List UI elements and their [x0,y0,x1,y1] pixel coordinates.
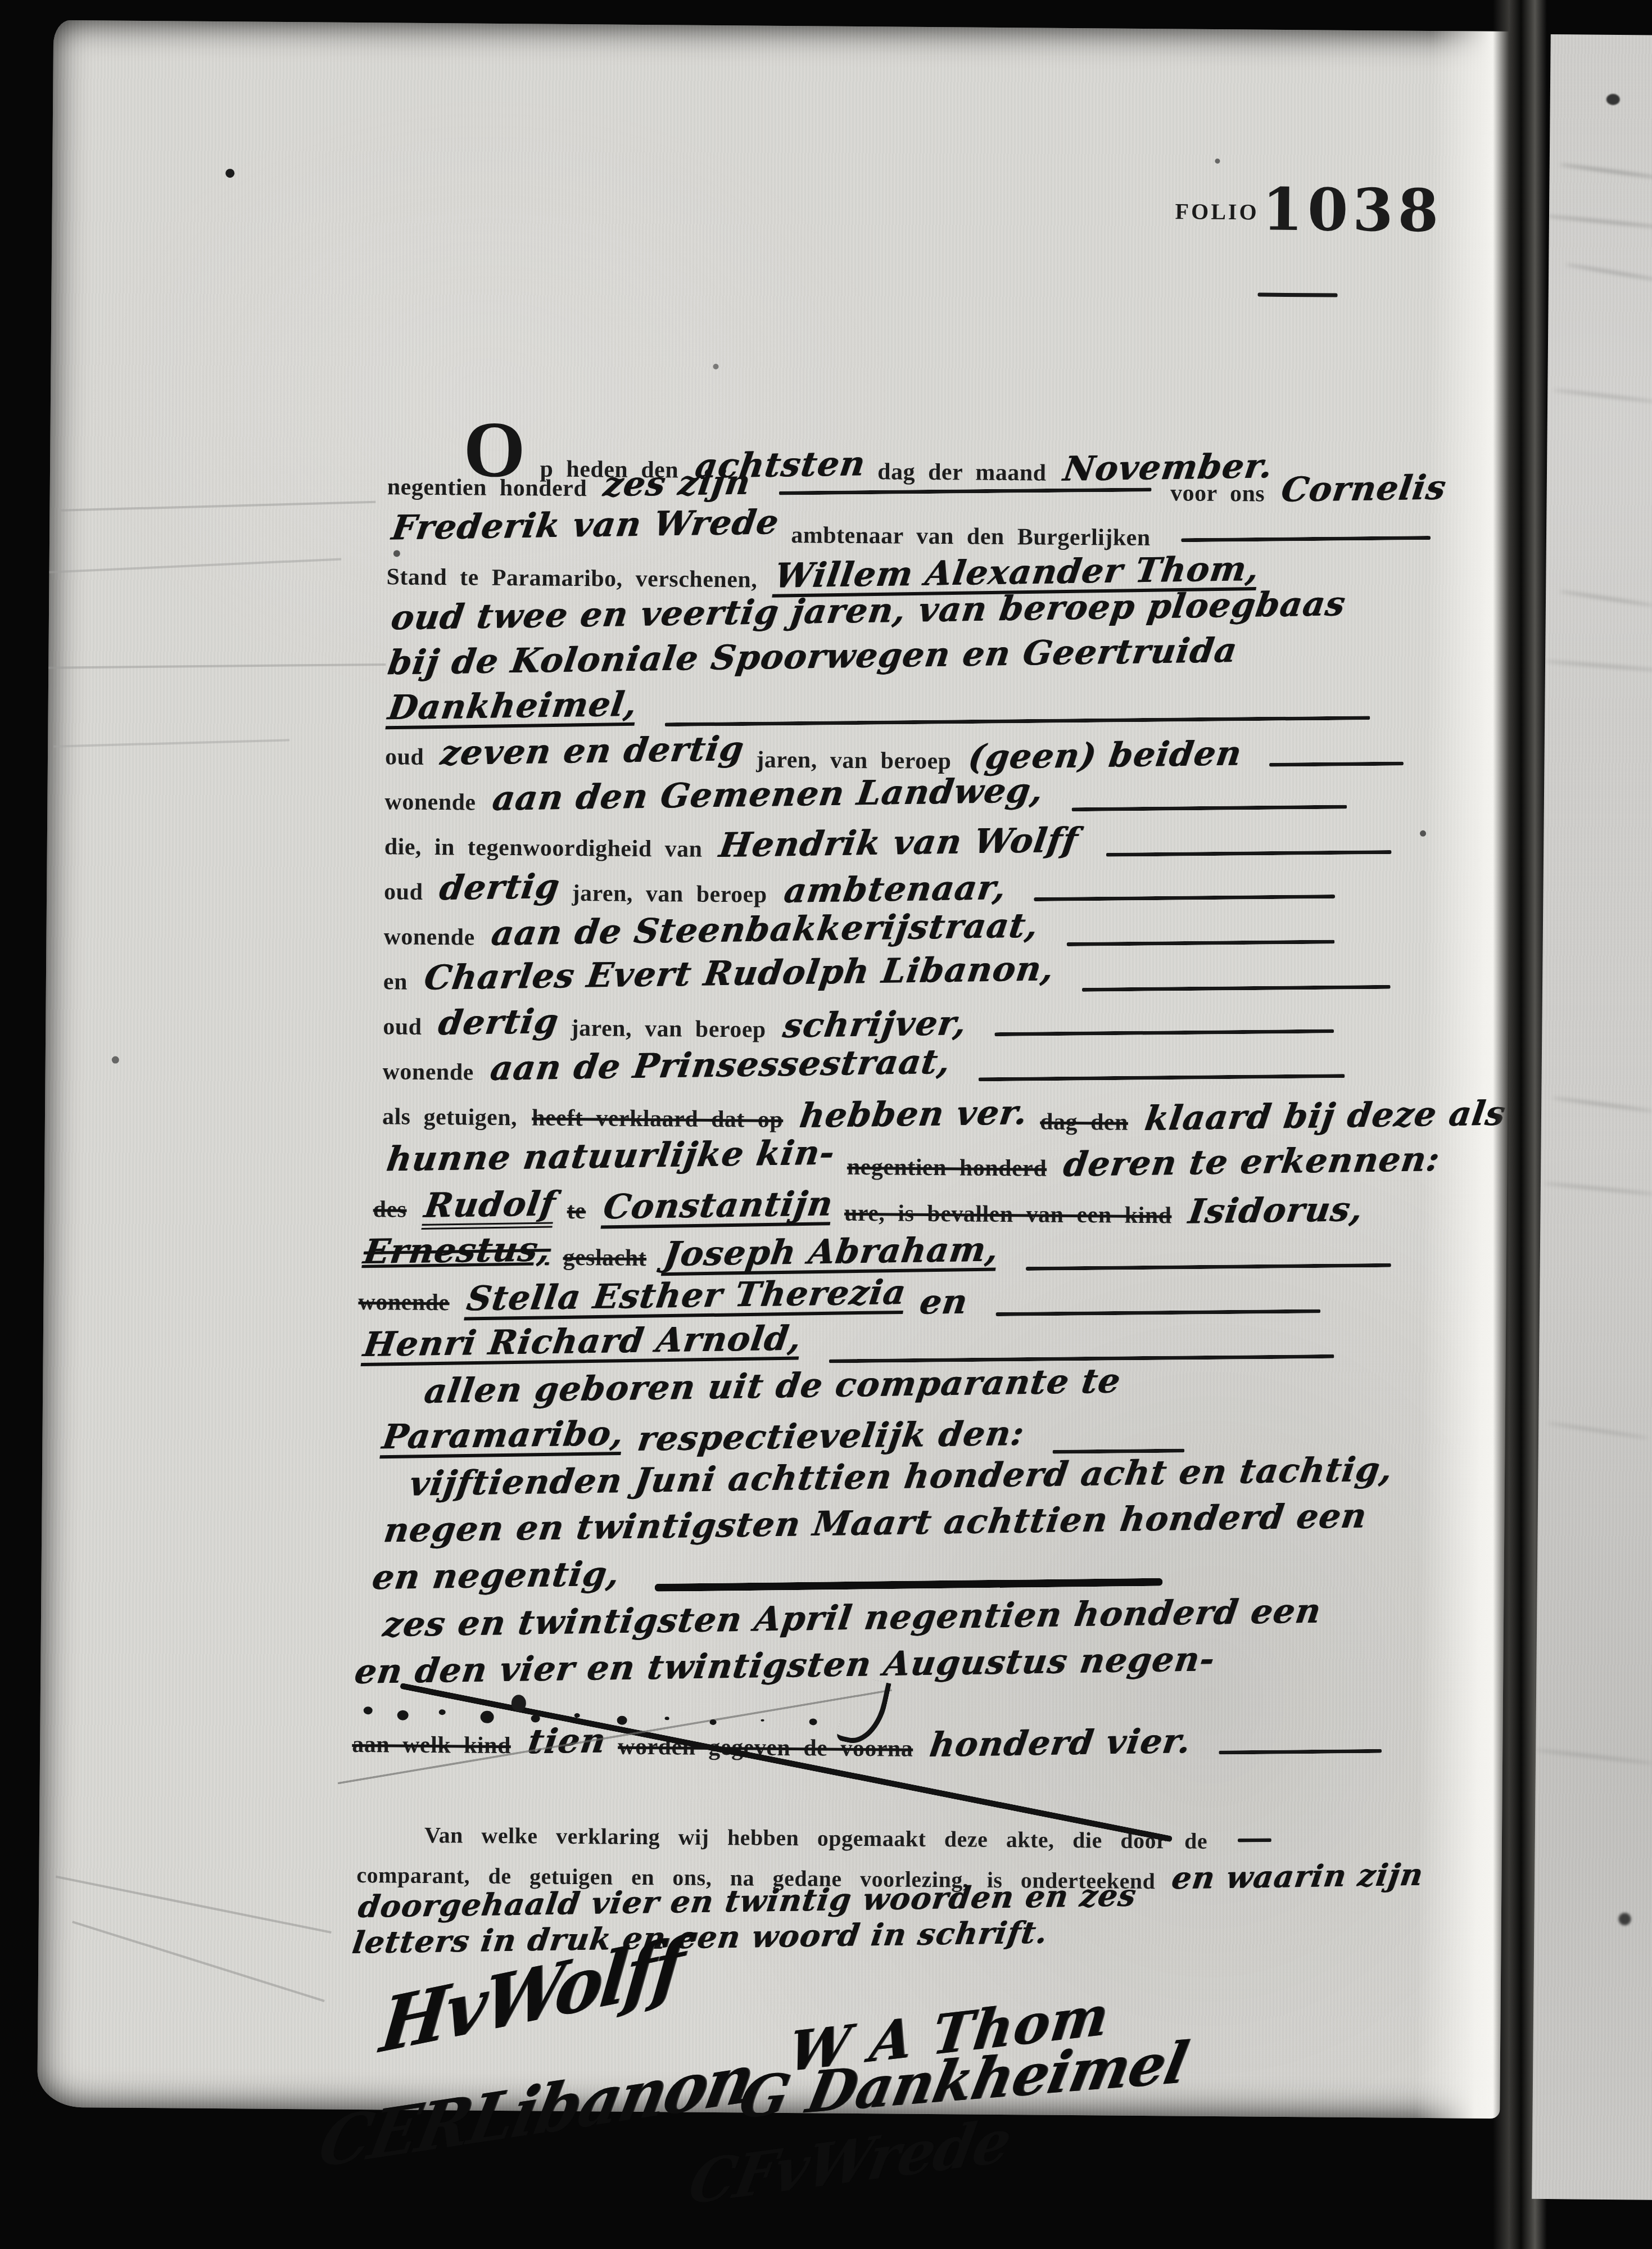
ink-dash [995,1309,1320,1316]
ink-speck [713,364,718,369]
handwritten-text: en den vier en twintigsten Augustus nege… [352,1642,1217,1689]
printed-text: oud [383,1014,422,1040]
folio-number: 1038 [1262,180,1443,241]
folio-header: FOLIO1038 [1175,179,1443,240]
handwritten-text: bij de Koloniale Spoorwegen en Geertruid… [386,634,1239,680]
handwritten-text: ambtenaar, [781,871,1008,908]
ink-dash-bold [654,1578,1163,1592]
handwritten-underlined-text: Joseph Abraham, [661,1232,1001,1276]
bleedthrough-stroke [53,739,289,747]
printed-struck-text: geslacht [563,1245,646,1271]
handwritten-text: hunne natuurlijke kin- [384,1136,837,1176]
act-line: Dankheimel, [385,691,1374,737]
act-line: ouddertigjaren, van beroepschrijver, [383,1006,1338,1047]
closing-line: Van welke verklaring wij hebben opgemaak… [424,1823,1172,1853]
printed-text: oud [384,879,423,905]
bleedthrough-stroke [61,501,375,512]
printed-struck-text: aan welk kind [352,1732,511,1758]
act-line: wonendeaan den Gemenen Landweg, [384,781,1351,823]
closing-line: letters in druk en een woord in schrift. [350,1927,1103,1964]
handwritten-text: negen en twintigsten Maart achttien hond… [382,1499,1369,1547]
folio-label: FOLIO [1175,200,1259,223]
ink-speck [1215,159,1220,164]
handwritten-underlined-text: Henri Richard Arnold, [361,1321,804,1366]
act-line: Frederik van Wredeambtenaar van den Burg… [390,511,1435,553]
bleedthrough-stroke [48,663,386,669]
act-line: negentien honderdzes zijnvoor onsCorneli… [387,466,1444,508]
act-line: enCharles Evert Rudolph Libanon, [383,961,1395,1002]
printed-text: als getuigen, [382,1104,518,1130]
printed-text: jaren, van beroep [756,748,951,774]
printed-struck-text: ure, is bevallen van een kind [844,1201,1172,1229]
printed-text: wonende [383,924,475,950]
ink-dash [1066,940,1334,946]
ink-dash [1026,1263,1391,1271]
printed-struck-text: wonende [358,1290,450,1315]
ink-speck [112,1056,119,1064]
bleedthrough-stroke [49,558,342,573]
handwritten-text: en negentig, [370,1557,622,1595]
handwritten-text: honderd vier. [927,1724,1193,1762]
printed-text: wonende [384,789,476,815]
printed-struck-text: te [567,1199,586,1223]
printed-text: Stand te Paramaribo, verschenen, [386,564,757,592]
ink-speck [1606,94,1620,105]
act-line: en den vier en twintigsten Augustus nege… [352,1655,1308,1696]
printed-text: oud [385,744,424,770]
handwritten-double-underlined-text: Rudolf [421,1187,558,1230]
printed-struck-text: heeft verklaard dat op [532,1105,783,1132]
ink-dash [1238,1838,1271,1842]
bleedthrough-marks [1548,1421,1649,1439]
handwritten-text: Cornelis [1279,471,1449,507]
handwritten-text: zes zijn [601,466,753,502]
ink-dash [1071,805,1347,812]
handwritten-text: schrijver, [781,1006,969,1043]
handwritten-text: en [917,1285,970,1319]
printed-text: en [383,969,408,994]
folio-underline [1258,293,1338,297]
act-line: die, in tegenwoordigheid vanHendrik van … [384,826,1396,868]
handwritten-text: hebben ver. [798,1096,1030,1133]
act-body: Op heden denachtstendag der maandNovembe… [53,20,1516,31]
ink-dash [994,1029,1334,1036]
handwritten-text: tien [526,1724,608,1759]
handwritten-text: aan de Steenbakkerijstraat, [490,909,1041,951]
ink-dash [664,716,1370,726]
act-line: ouddertigjaren, van beroepambtenaar, [384,871,1339,912]
handwritten-text: letters in druk en een woord in schrift. [350,1917,1049,1957]
printed-text: ambtenaar van den Burgerlijken [791,523,1151,550]
bleedthrough-marks [1560,163,1652,179]
ink-dash [1181,536,1431,542]
handwritten-text: (geen) beiden [966,737,1243,774]
handwritten-underlined-text: Paramaribo, [379,1417,626,1459]
act-line: wonendeaan de Steenbakkerijstraat, [383,916,1339,957]
printed-text: jaren, van beroep [571,1016,766,1042]
printed-struck-text: dag den [1040,1110,1128,1135]
ink-dash [779,487,1151,495]
handwritten-text: Hendrik van Wolff [717,823,1080,862]
printed-text: wonende [382,1059,474,1085]
bleedthrough-marks [1554,389,1652,403]
handwritten-text: en waarin zijn [1170,1859,1425,1894]
handwritten-text: Charles Evert Rudolph Libanon, [422,952,1057,995]
handwritten-underlined-text: Dankheimel, [385,688,639,730]
bleedthrough-marks [1536,1749,1652,1765]
printed-text: jaren, van beroep [572,881,767,907]
handwritten-text: Frederik van Wrede [390,505,781,545]
scratch-stroke [56,1876,332,1934]
ink-dash [1082,985,1391,992]
printed-text: Van welke verklaring wij hebben opgemaak… [424,1823,1207,1853]
handwritten-text: aan de Prinsessestraat, [488,1045,953,1086]
bleedthrough-marks [1544,214,1652,229]
act-line: oudzeven en dertigjaren, van beroep(geen… [385,736,1408,778]
main-page: FOLIO1038 Op heden denachtstendag der ma… [37,20,1516,2119]
handwritten-text: Isidorus, [1186,1193,1365,1229]
ink-dash [979,1074,1345,1081]
ink-blot-row [364,1706,373,1714]
ink-speck [1420,830,1426,837]
ink-dash [1034,895,1335,901]
handwritten-text: zeven en dertig [438,732,746,770]
act-line: wonendeaan de Prinsessestraat, [382,1051,1349,1092]
ink-speck [393,550,400,557]
handwritten-text: aan den Gemenen Landweg, [490,774,1045,816]
handwritten-underlined-text: Constantijn [600,1187,835,1229]
bleedthrough-marks [1553,1096,1652,1112]
act-line: bij de Koloniale Spoorwegen en Geertruid… [386,646,1420,688]
handwritten-text: dertig [437,870,562,905]
scanned-register-page: FOLIO1038 Op heden denachtstendag der ma… [0,0,1652,2249]
printed-struck-text: des [373,1197,407,1222]
handwritten-text: zes en twintigsten April negentien honde… [381,1594,1324,1642]
act-line: als getuigen,heeft verklaard dat ophebbe… [382,1096,1461,1138]
ink-dash [1269,762,1404,767]
handwritten-text: klaard bij deze als [1143,1096,1508,1136]
handwritten-underlined-text: Stella Esther Therezia [464,1276,908,1321]
adjacent-page [1532,34,1652,2200]
printed-text: negentien honderd [387,475,587,501]
printed-text: voor ons [1170,481,1265,506]
bleedthrough-marks [1566,263,1652,282]
ink-blot [512,1695,526,1711]
act-line: allen geboren uit de comparante te [422,1375,1406,1416]
handwritten-text: deren te erkennen: [1061,1142,1442,1182]
handwritten-text: respectievelijk den: [635,1417,1026,1456]
paper-texture [1532,34,1652,2200]
printed-struck-text: negentien honderd [847,1155,1047,1181]
act-line: hunne natuurlijke kin-negentien honderdd… [384,1142,1481,1185]
act-line: negen en twintigsten Maart achttien hond… [382,1514,1427,1556]
bleedthrough-marks [1560,590,1652,607]
printed-text: die, in tegenwoordigheid van [384,834,703,862]
ink-dash [1219,1749,1382,1755]
handwritten-text: dertig [436,1005,561,1040]
act-line: wonendeStella Esther Thereziaen [358,1281,1325,1327]
ink-speck [1618,1913,1631,1925]
handwritten-text: allen geboren uit de comparante te [422,1364,1123,1408]
bleedthrough-marks [1544,1182,1652,1195]
ink-dash [1106,850,1391,857]
ink-speck [225,169,234,178]
scratch-stroke [72,1921,325,2002]
bleedthrough-marks [1545,660,1652,672]
handwritten-struck-text: Ernestus, [361,1232,553,1269]
